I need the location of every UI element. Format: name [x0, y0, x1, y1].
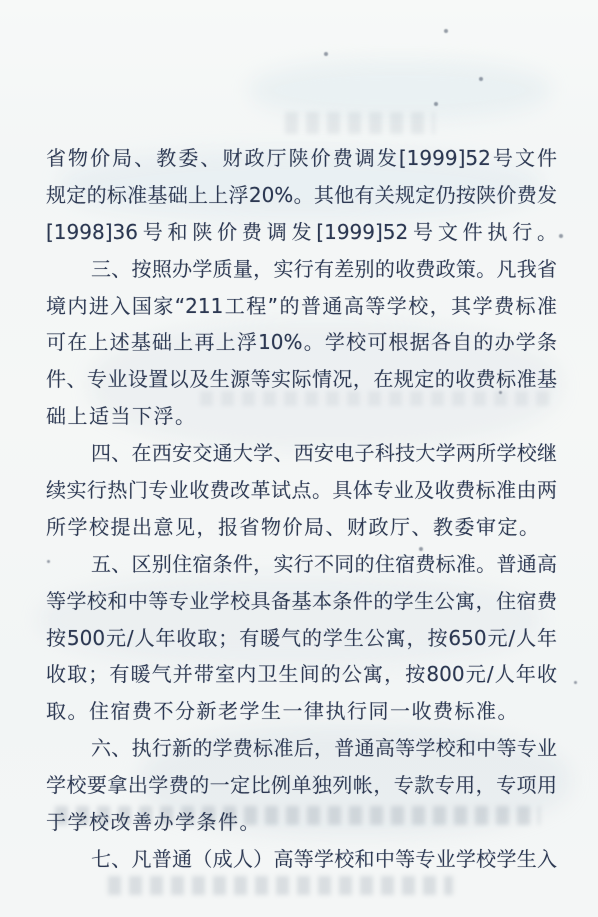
ink-bleed-artifact	[285, 112, 435, 134]
text-line: 础上适当下浮。	[46, 398, 557, 435]
text-line: 取。住宿费不分新老学生一律执行同一收费标准。	[46, 693, 557, 730]
text-line: 七、凡普通（成人）高等学校和中等专业学校学生入	[46, 841, 557, 878]
text-line: 可在上述基础上再上浮10%。学校可根据各自的办学条	[46, 324, 557, 361]
scan-speck	[444, 29, 448, 33]
scan-speck	[574, 681, 577, 684]
scanned-document-page: 省物价局、教委、财政厅陕价费调发[1999]52号文件 规定的标准基础上上浮20…	[0, 0, 598, 917]
text-line: 收取；有暖气并带室内卫生间的公寓，按800元/人年收	[46, 656, 557, 693]
text-line: 学校要拿出学费的一定比例单独列帐，专款专用，专项用	[46, 767, 557, 804]
document-body: 省物价局、教委、财政厅陕价费调发[1999]52号文件 规定的标准基础上上浮20…	[46, 140, 557, 878]
text-line: 四、在西安交通大学、西安电子科技大学两所学校继	[46, 435, 557, 472]
ink-bleed-artifact	[108, 876, 453, 895]
text-line: 规定的标准基础上上浮20%。其他有关规定仍按陕价费发	[46, 177, 557, 214]
scan-speck	[479, 77, 483, 81]
paper-tint-patch	[250, 60, 550, 120]
text-line: 五、区别住宿条件，实行不同的住宿费标准。普通高	[46, 546, 557, 583]
text-line: 于学校改善办学条件。	[46, 804, 557, 841]
text-line: 境内进入国家“211工程”的普通高等学校，其学费标准	[46, 288, 557, 325]
text-line: 三、按照办学质量，实行有差别的收费政策。凡我省	[46, 251, 557, 288]
text-line: 六、执行新的学费标准后，普通高等学校和中等专业	[46, 730, 557, 767]
text-line: 省物价局、教委、财政厅陕价费调发[1999]52号文件	[46, 140, 557, 177]
text-line: 等学校和中等专业学校具备基本条件的学生公寓，住宿费	[46, 583, 557, 620]
text-line: 按500元/人年收取；有暖气的学生公寓，按650元/人年	[46, 620, 557, 657]
scan-speck	[324, 52, 328, 56]
scan-speck	[559, 234, 563, 238]
text-line: [1998]36号和陕价费调发[1999]52号文件执行。	[46, 214, 557, 251]
text-line: 续实行热门专业收费改革试点。具体专业及收费标准由两	[46, 472, 557, 509]
scan-speck	[434, 102, 438, 106]
text-line: 件、专业设置以及生源等实际情况，在规定的收费标准基	[46, 361, 557, 398]
text-line: 所学校提出意见，报省物价局、财政厅、教委审定。	[46, 509, 557, 546]
